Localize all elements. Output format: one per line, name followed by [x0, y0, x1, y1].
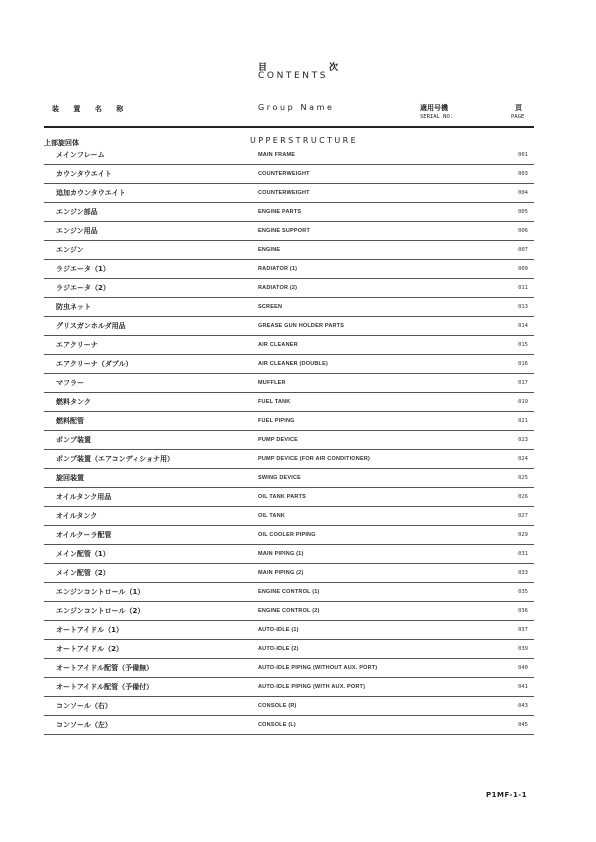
row-jp-name: 追加カウンタウエイト — [56, 188, 126, 198]
row-jp-name: ラジエータ（2） — [56, 283, 110, 293]
row-page-number: 027 — [518, 513, 528, 519]
row-page-number: 029 — [518, 532, 528, 538]
row-page-number: 025 — [518, 475, 528, 481]
row-page-number: 013 — [518, 304, 528, 310]
row-page-number: 009 — [518, 266, 528, 272]
row-page-number: 036 — [518, 608, 528, 614]
row-page-number: 031 — [518, 551, 528, 557]
row-page-number: 005 — [518, 209, 528, 215]
table-row[interactable]: マフラーMUFFLER017 — [44, 374, 534, 393]
row-group-name: MAIN FRAME — [258, 152, 295, 158]
row-group-name: PUMP DEVICE — [258, 437, 298, 443]
row-group-name: FUEL TANK — [258, 399, 290, 405]
row-group-name: CONSOLE (R) — [258, 703, 297, 709]
row-page-number: 035 — [518, 589, 528, 595]
row-group-name: CONSOLE (L) — [258, 722, 296, 728]
row-page-number: 039 — [518, 646, 528, 652]
row-group-name: RADIATOR (2) — [258, 285, 297, 291]
row-page-number: 014 — [518, 323, 528, 329]
row-jp-name: ラジエータ（1） — [56, 264, 110, 274]
row-group-name: ENGINE CONTROL (2) — [258, 608, 320, 614]
row-jp-name: エンジン — [56, 245, 84, 255]
table-row[interactable]: 防虫ネットSCREEN013 — [44, 298, 534, 317]
row-group-name: MAIN PIPING (1) — [258, 551, 303, 557]
table-row[interactable]: オートアイドル配管（予備無）AUTO-IDLE PIPING (WITHOUT … — [44, 659, 534, 678]
row-group-name: ENGINE CONTROL (1) — [258, 589, 320, 595]
row-jp-name: 燃料配管 — [56, 416, 84, 426]
table-row[interactable]: 燃料配管FUEL PIPING021 — [44, 412, 534, 431]
row-page-number: 041 — [518, 684, 528, 690]
row-jp-name: エンジン部品 — [56, 207, 98, 217]
table-row[interactable]: オートアイドル配管（予備付）AUTO-IDLE PIPING (WITH AUX… — [44, 678, 534, 697]
table-row[interactable]: 燃料タンクFUEL TANK019 — [44, 393, 534, 412]
row-group-name: SWING DEVICE — [258, 475, 301, 481]
row-group-name: AIR CLEANER — [258, 342, 298, 348]
row-page-number: 016 — [518, 361, 528, 367]
row-group-name: ENGINE — [258, 247, 280, 253]
row-page-number: 026 — [518, 494, 528, 500]
row-group-name: COUNTERWEIGHT — [258, 171, 310, 177]
table-row[interactable]: オートアイドル（2）AUTO-IDLE (2)039 — [44, 640, 534, 659]
row-page-number: 045 — [518, 722, 528, 728]
row-jp-name: メイン配管（1） — [56, 549, 110, 559]
row-page-number: 006 — [518, 228, 528, 234]
row-group-name: AUTO-IDLE PIPING (WITH AUX. PORT) — [258, 684, 365, 690]
table-row[interactable]: オイルタンク用品OIL TANK PARTS026 — [44, 488, 534, 507]
row-jp-name: エアクリーナ — [56, 340, 98, 350]
row-group-name: MUFFLER — [258, 380, 286, 386]
table-row[interactable]: エンジンENGINE007 — [44, 241, 534, 260]
row-page-number: 019 — [518, 399, 528, 405]
row-jp-name: オートアイドル配管（予備付） — [56, 682, 153, 692]
table-row[interactable]: ラジエータ（1）RADIATOR (1)009 — [44, 260, 534, 279]
table-row[interactable]: エンジン部品ENGINE PARTS005 — [44, 203, 534, 222]
table-row[interactable]: エアクリーナAIR CLEANER015 — [44, 336, 534, 355]
column-header-serial-jp: 適用号機 — [420, 103, 448, 113]
row-jp-name: 防虫ネット — [56, 302, 91, 312]
row-jp-name: オイルクーラ配管 — [56, 530, 112, 540]
row-group-name: AUTO-IDLE PIPING (WITHOUT AUX. PORT) — [258, 665, 377, 671]
row-page-number: 043 — [518, 703, 528, 709]
column-header-serial-en: SERIAL NO. — [420, 114, 453, 120]
row-jp-name: メインフレーム — [56, 150, 105, 160]
row-jp-name: エンジン用品 — [56, 226, 98, 236]
row-jp-name: ポンプ装置 — [56, 435, 91, 445]
table-row[interactable]: エンジン用品ENGINE SUPPORT006 — [44, 222, 534, 241]
row-page-number: 004 — [518, 190, 528, 196]
column-header-jp-name: 装 置 名 称 — [52, 104, 129, 114]
row-page-number: 040 — [518, 665, 528, 671]
table-row[interactable]: オイルクーラ配管OIL COOLER PIPING029 — [44, 526, 534, 545]
table-row[interactable]: オイルタンクOIL TANK027 — [44, 507, 534, 526]
row-jp-name: コンソール（右） — [56, 701, 112, 711]
row-group-name: OIL COOLER PIPING — [258, 532, 316, 538]
page-code: P1MF-1-1 — [486, 791, 527, 799]
row-page-number: 021 — [518, 418, 528, 424]
page-title-en: CONTENTS — [258, 71, 328, 81]
row-group-name: MAIN PIPING (2) — [258, 570, 303, 576]
table-row[interactable]: 追加カウンタウエイトCOUNTERWEIGHT004 — [44, 184, 534, 203]
row-page-number: 023 — [518, 437, 528, 443]
row-group-name: SCREEN — [258, 304, 282, 310]
table-row[interactable]: グリスガンホルダ用品GREASE GUN HOLDER PARTS014 — [44, 317, 534, 336]
row-page-number: 037 — [518, 627, 528, 633]
row-jp-name: エンジンコントロール（2） — [56, 606, 144, 616]
table-row[interactable]: コンソール（右）CONSOLE (R)043 — [44, 697, 534, 716]
row-jp-name: エアクリーナ（ダブル） — [56, 359, 133, 369]
title-jp-right: 次 — [329, 60, 338, 72]
table-row[interactable]: メインフレームMAIN FRAME001 — [44, 146, 534, 165]
column-header-page-en: PAGE — [511, 114, 524, 120]
row-group-name: AUTO-IDLE (2) — [258, 646, 299, 652]
row-jp-name: 旋回装置 — [56, 473, 84, 483]
table-row[interactable]: エアクリーナ（ダブル）AIR CLEANER (DOUBLE)016 — [44, 355, 534, 374]
table-row[interactable]: ラジエータ（2）RADIATOR (2)011 — [44, 279, 534, 298]
row-jp-name: オートアイドル配管（予備無） — [56, 663, 153, 673]
row-page-number: 001 — [518, 152, 528, 158]
row-group-name: OIL TANK — [258, 513, 285, 519]
row-page-number: 033 — [518, 570, 528, 576]
row-page-number: 011 — [518, 285, 528, 291]
table-row[interactable]: 旋回装置SWING DEVICE025 — [44, 469, 534, 488]
row-group-name: GREASE GUN HOLDER PARTS — [258, 323, 344, 329]
column-header-group-name: Group Name — [258, 103, 335, 112]
row-group-name: FUEL PIPING — [258, 418, 295, 424]
row-group-name: AUTO-IDLE (1) — [258, 627, 299, 633]
table-row[interactable]: エンジンコントロール（1）ENGINE CONTROL (1)035 — [44, 583, 534, 602]
table-row[interactable]: メイン配管（1）MAIN PIPING (1)031 — [44, 545, 534, 564]
row-jp-name: エンジンコントロール（1） — [56, 587, 144, 597]
contents-table: メインフレームMAIN FRAME001カウンタウエイトCOUNTERWEIGH… — [44, 146, 534, 735]
row-jp-name: グリスガンホルダ用品 — [56, 321, 126, 331]
row-jp-name: 燃料タンク — [56, 397, 91, 407]
table-row[interactable]: エンジンコントロール（2）ENGINE CONTROL (2)036 — [44, 602, 534, 621]
row-page-number: 015 — [518, 342, 528, 348]
row-group-name: PUMP DEVICE (FOR AIR CONDITIONER) — [258, 456, 370, 462]
row-page-number: 003 — [518, 171, 528, 177]
row-jp-name: ポンプ装置（エアコンディショナ用） — [56, 454, 174, 464]
section-title-en: UPPERSTRUCTURE — [250, 136, 358, 145]
table-row[interactable]: ポンプ装置（エアコンディショナ用）PUMP DEVICE (FOR AIR CO… — [44, 450, 534, 469]
row-jp-name: オートアイドル（1） — [56, 625, 123, 635]
row-page-number: 007 — [518, 247, 528, 253]
row-page-number: 024 — [518, 456, 528, 462]
row-jp-name: カウンタウエイト — [56, 169, 112, 179]
header-divider — [44, 126, 534, 128]
row-group-name: ENGINE PARTS — [258, 209, 301, 215]
table-row[interactable]: メイン配管（2）MAIN PIPING (2)033 — [44, 564, 534, 583]
table-row[interactable]: カウンタウエイトCOUNTERWEIGHT003 — [44, 165, 534, 184]
row-group-name: RADIATOR (1) — [258, 266, 297, 272]
row-page-number: 017 — [518, 380, 528, 386]
row-jp-name: コンソール（左） — [56, 720, 112, 730]
row-jp-name: マフラー — [56, 378, 84, 388]
row-jp-name: オートアイドル（2） — [56, 644, 123, 654]
row-group-name: OIL TANK PARTS — [258, 494, 306, 500]
column-header-page-jp: 頁 — [515, 103, 522, 113]
row-group-name: AIR CLEANER (DOUBLE) — [258, 361, 328, 367]
row-group-name: ENGINE SUPPORT — [258, 228, 310, 234]
row-jp-name: メイン配管（2） — [56, 568, 110, 578]
table-row[interactable]: コンソール（左）CONSOLE (L)045 — [44, 716, 534, 735]
row-jp-name: オイルタンク用品 — [56, 492, 111, 502]
row-group-name: COUNTERWEIGHT — [258, 190, 310, 196]
table-row[interactable]: オートアイドル（1）AUTO-IDLE (1)037 — [44, 621, 534, 640]
table-row[interactable]: ポンプ装置PUMP DEVICE023 — [44, 431, 534, 450]
row-jp-name: オイルタンク — [56, 511, 97, 521]
